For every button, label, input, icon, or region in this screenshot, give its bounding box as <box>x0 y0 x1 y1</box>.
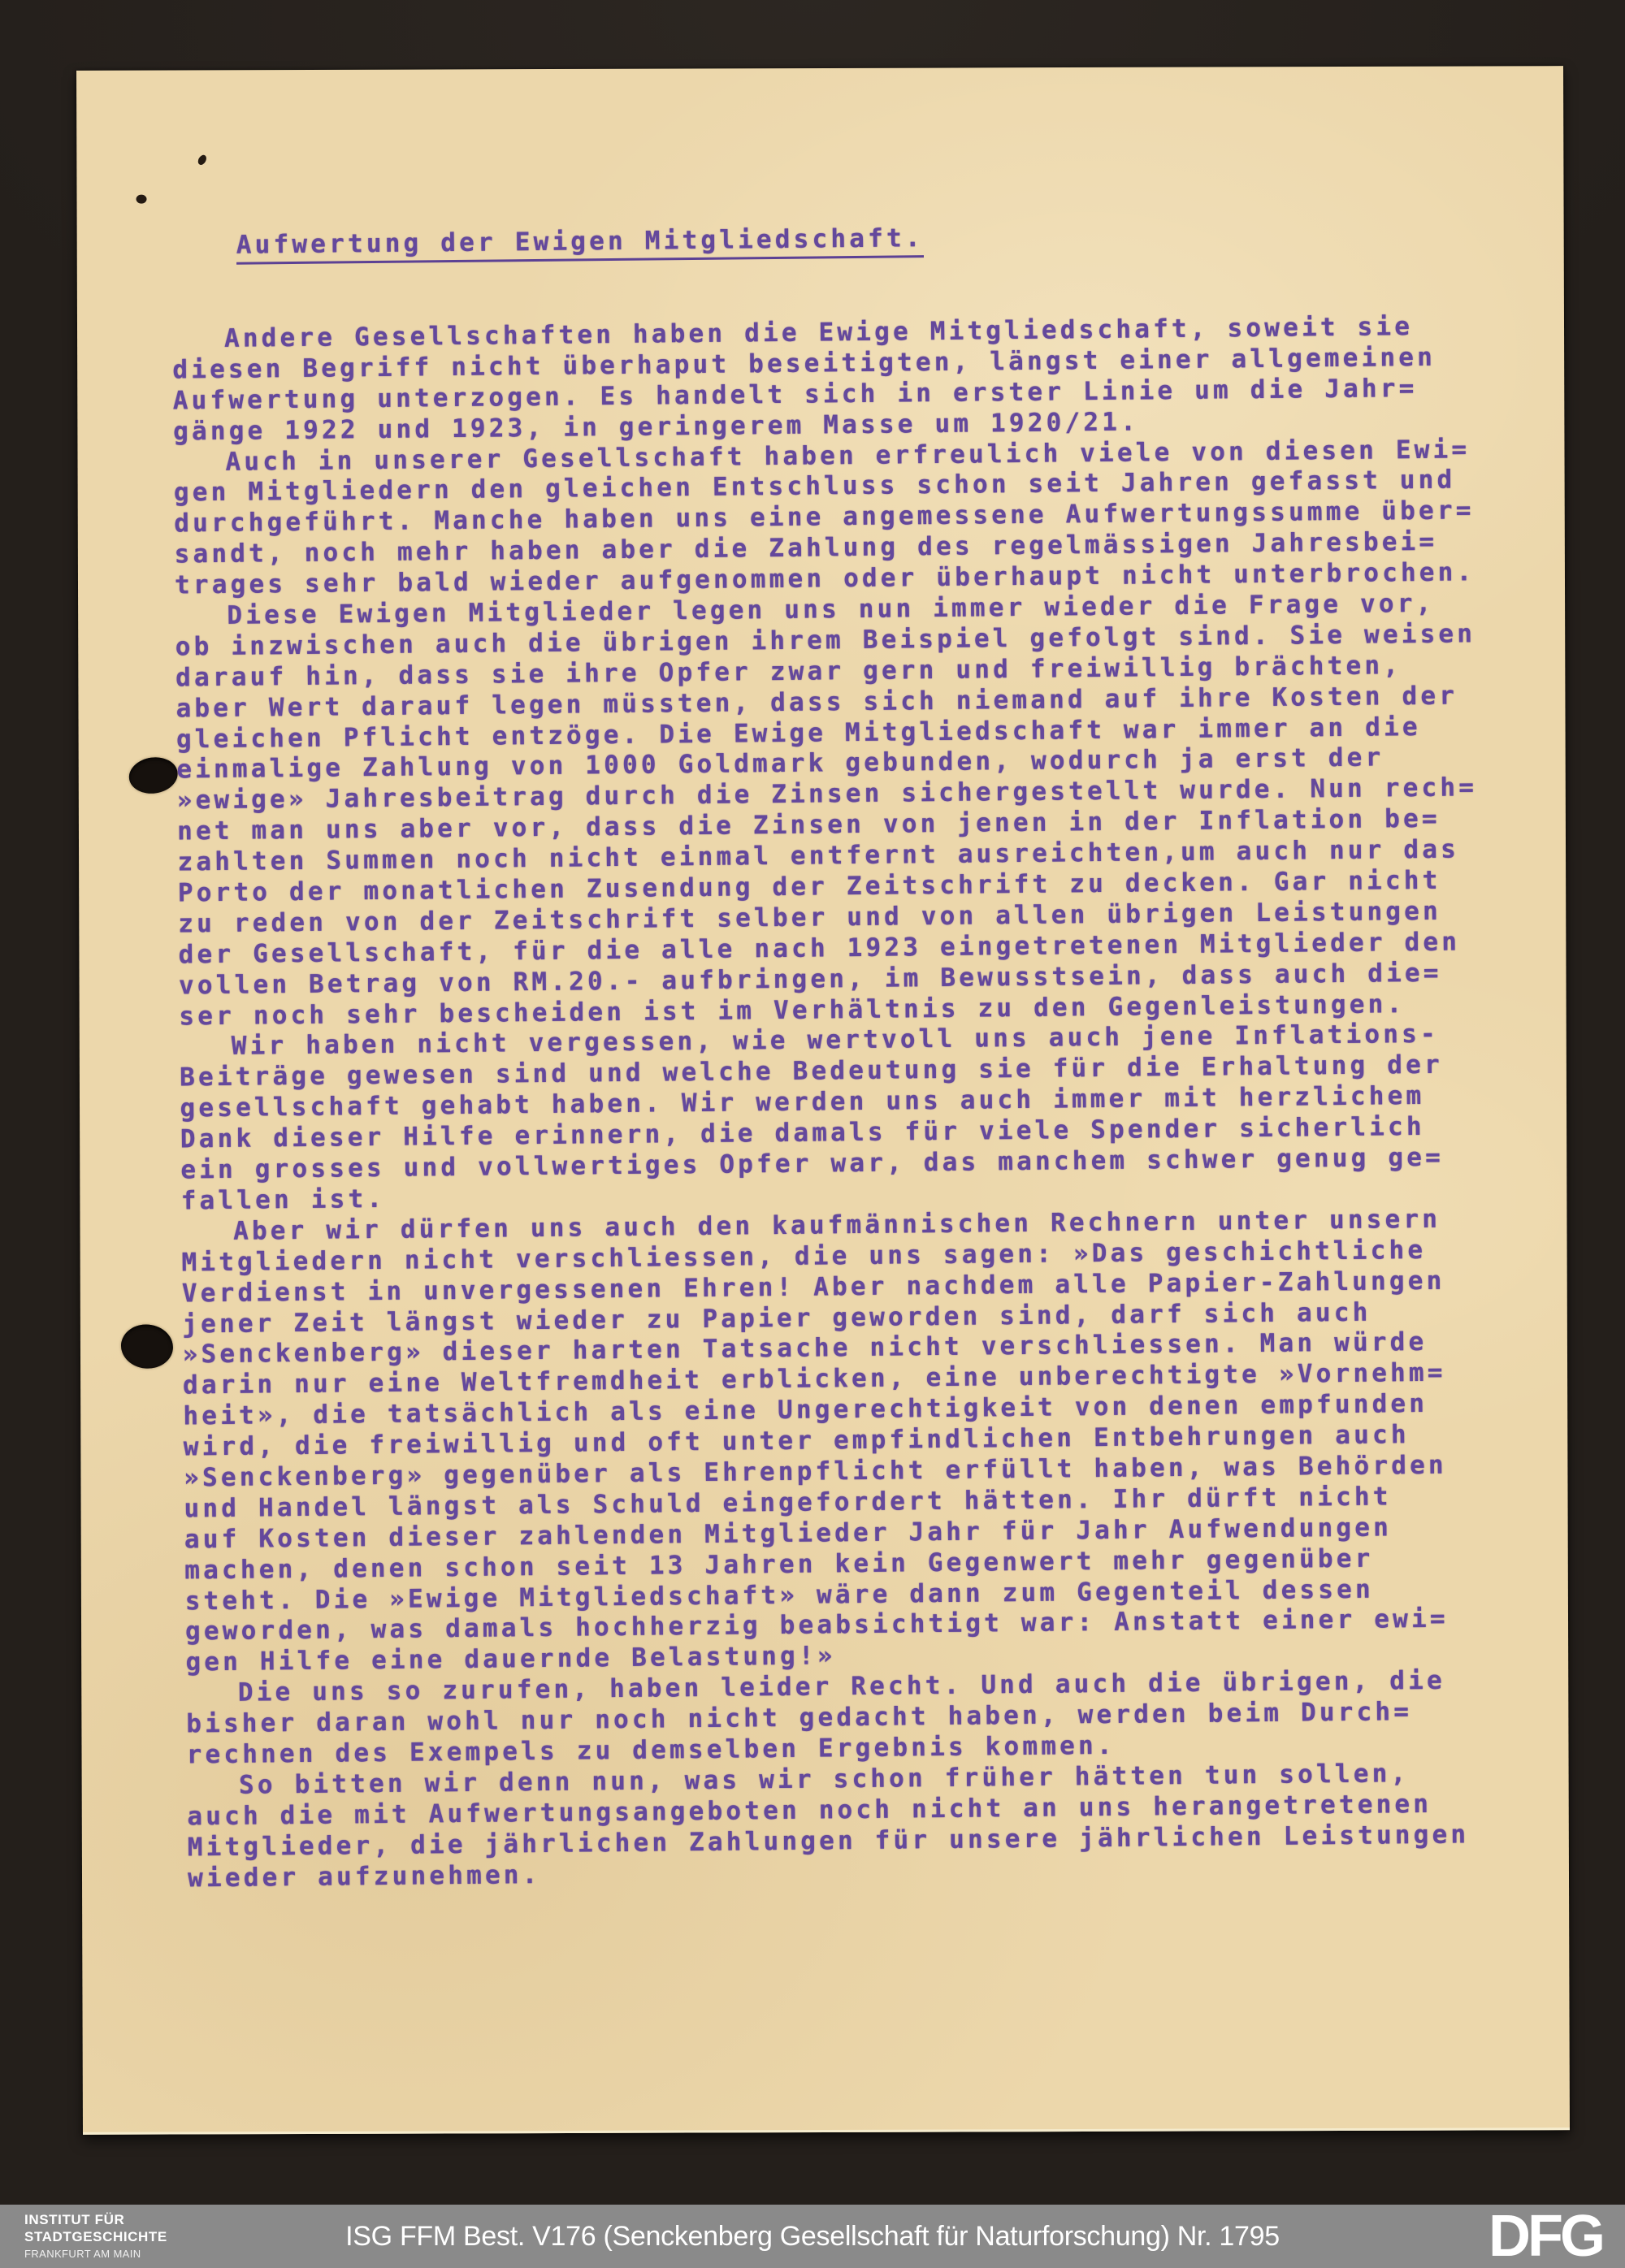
punch-hole-top <box>127 755 180 797</box>
paragraph: Wir haben nicht vergessen, wie wertvoll … <box>180 1019 1530 1217</box>
dfg-logo: DFG <box>1488 2205 1602 2268</box>
paragraph: Diese Ewigen Mitglieder legen uns nun im… <box>175 588 1527 1032</box>
page-title: Aufwertung der Ewigen Mitgliedschaft. <box>236 223 924 265</box>
document-page: Aufwertung der Ewigen Mitgliedschaft. An… <box>76 66 1570 2135</box>
punch-hole-bottom <box>119 1322 175 1371</box>
typewritten-text: Aufwertung der Ewigen Mitgliedschaft. An… <box>171 218 1537 1894</box>
archive-caption: ISG FFM Best. V176 (Senckenberg Gesellsc… <box>0 2205 1625 2268</box>
paper-speck <box>136 195 146 204</box>
paragraph: So bitten wir denn nun, was wir schon fr… <box>187 1757 1536 1894</box>
paragraph: Auch in unserer Gesellschaft haben erfre… <box>173 434 1523 601</box>
paragraph: Die uns so zurufen, haben leider Recht. … <box>186 1665 1536 1771</box>
footer-bar: INSTITUT FÜR STADTGESCHICHTE FRANKFURT A… <box>0 2205 1625 2268</box>
paper-speck <box>197 154 208 167</box>
document-body: Andere Gesellschaften haben die Ewige Mi… <box>172 311 1536 1894</box>
paragraph: Aber wir dürfen uns auch den kaufmännisc… <box>181 1203 1535 1678</box>
paragraph: Andere Gesellschaften haben die Ewige Mi… <box>172 311 1522 448</box>
